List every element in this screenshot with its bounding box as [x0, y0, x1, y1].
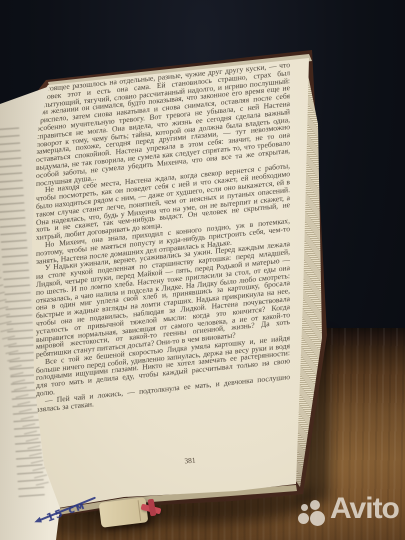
open-book-photo: настоящее разошлось на отдельные, разные…: [0, 0, 405, 540]
page-text: настоящее разошлось на отдельные, разные…: [36, 61, 290, 413]
avito-watermark: Avito: [294, 497, 404, 539]
avito-watermark-text: Avito: [330, 494, 399, 524]
avito-logo-icon: [294, 497, 328, 531]
page-number: 381: [168, 454, 213, 466]
